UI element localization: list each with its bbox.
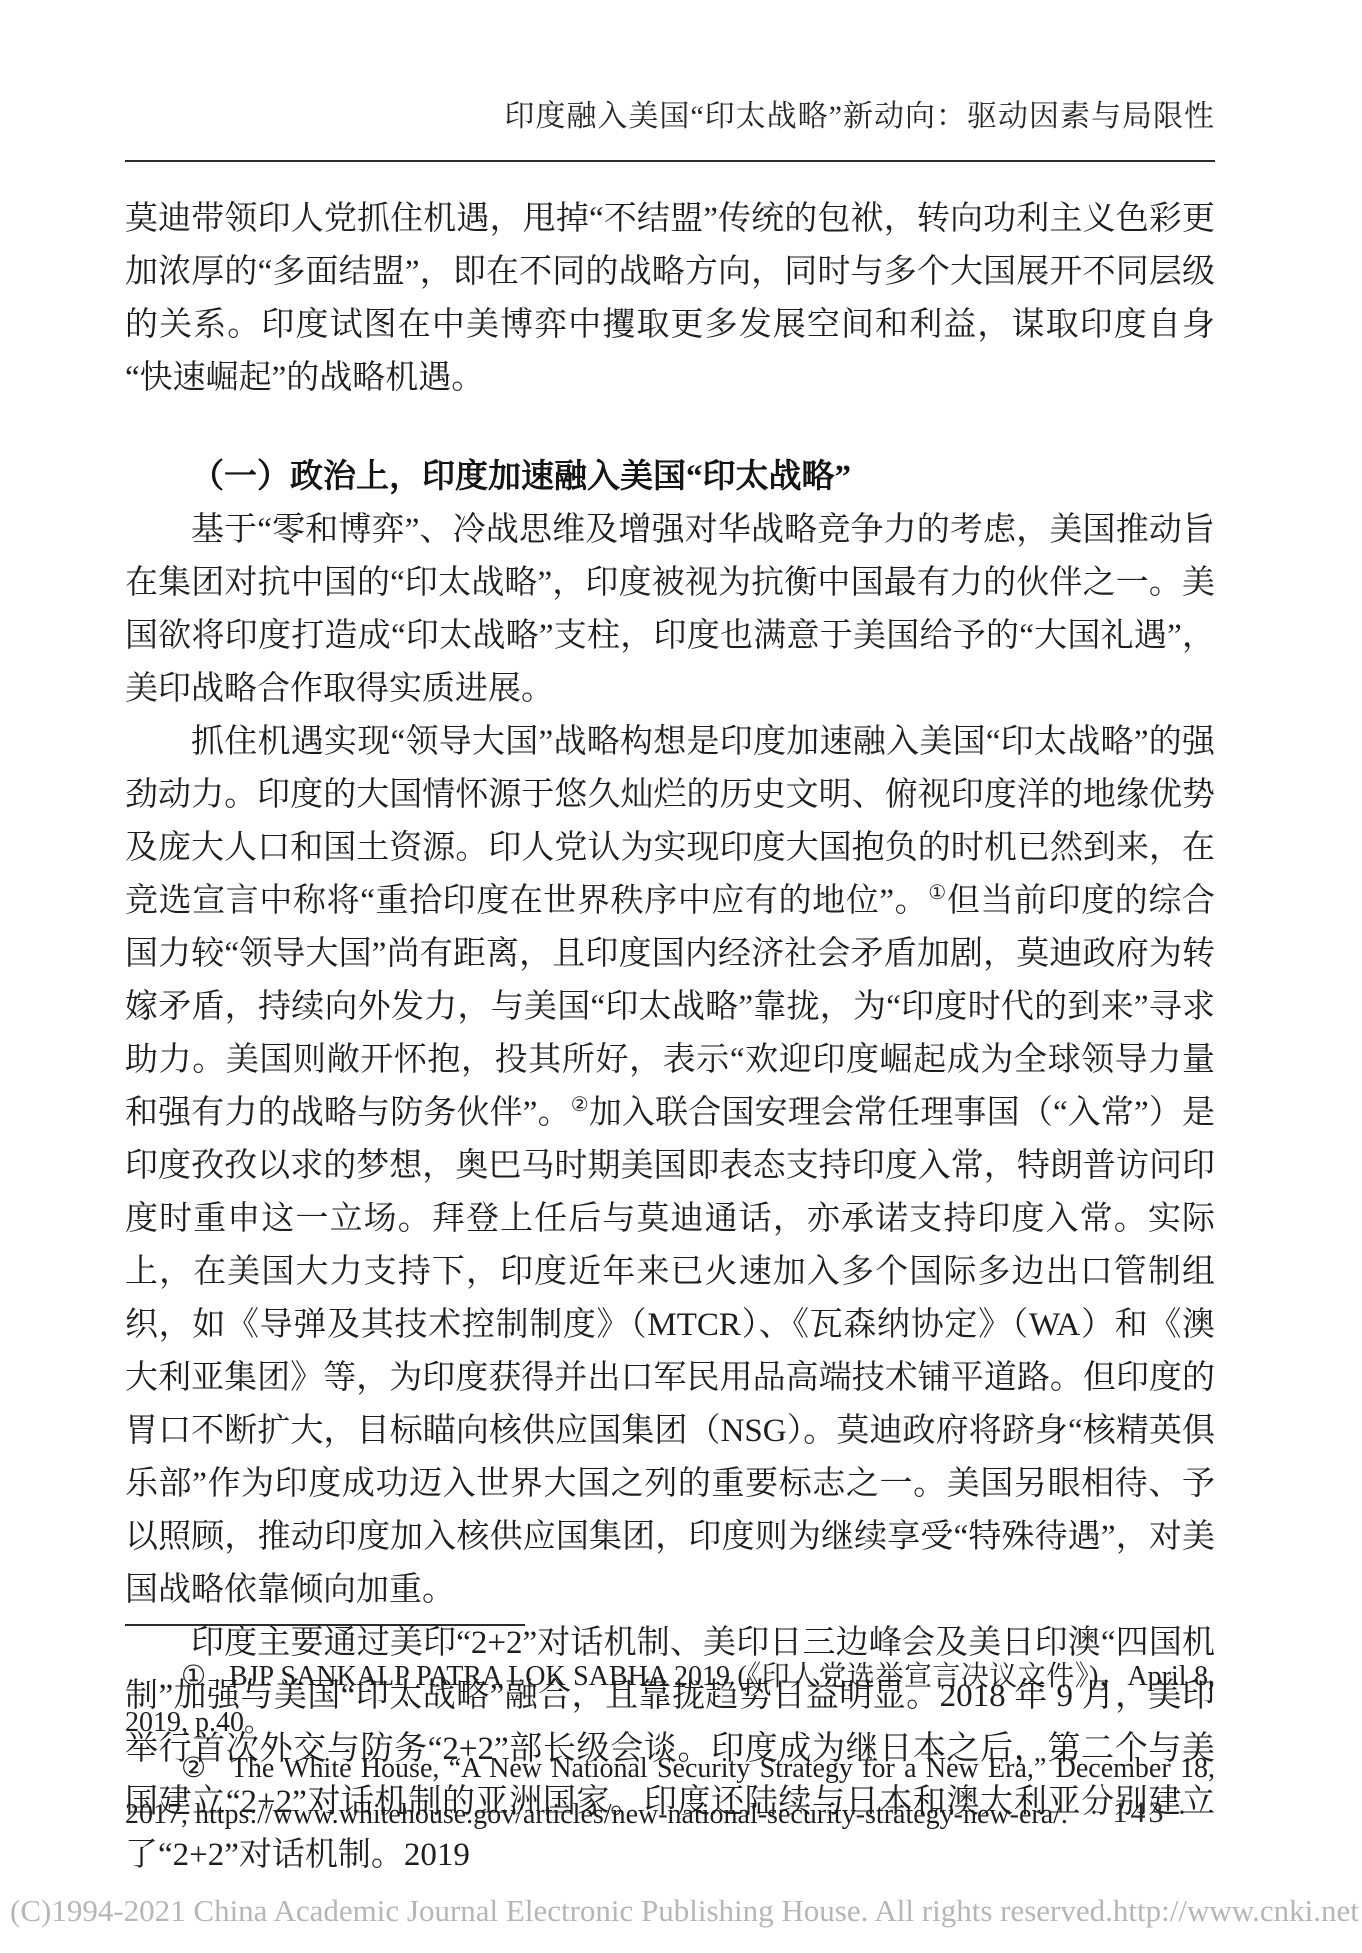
watermark-footer: (C)1994-2021 China Academic Journal Elec… — [10, 1893, 1352, 1929]
footnote-1-marker: ① — [181, 1661, 207, 1692]
footnote-1-text: BJP SANKALP PATRA LOK SABHA 2019 (《印人党选举… — [125, 1661, 1215, 1738]
header-rule — [125, 160, 1215, 162]
page-content: 印度融入美国“印太战略”新动向：驱动因素与局限性 莫迪带领印人党抓住机遇，甩掉“… — [125, 96, 1215, 1882]
page-number: · 143 · — [1089, 1796, 1190, 1830]
paragraph-intro: 莫迪带领印人党抓住机遇，甩掉“不结盟”传统的包袱，转向功利主义色彩更加浓厚的“多… — [125, 193, 1215, 405]
paragraph-2-text-b: 但当前印度的综合国力较“领导大国”尚有距离，且印度国内经济社会矛盾加剧，莫迪政府… — [125, 883, 1215, 1131]
footnote-2-marker: ② — [181, 1753, 208, 1784]
footnote-2-text: The White House, “A New National Securit… — [125, 1753, 1215, 1830]
copyright-text: (C)1994-2021 China Academic Journal Elec… — [10, 1893, 1113, 1929]
running-title: 印度融入美国“印太战略”新动向：驱动因素与局限性 — [125, 96, 1215, 138]
page-header: 印度融入美国“印太战略”新动向：驱动因素与局限性 — [125, 96, 1215, 162]
document-page: 印度融入美国“印太战略”新动向：驱动因素与局限性 莫迪带领印人党抓住机遇，甩掉“… — [0, 0, 1362, 1953]
section-heading: （一）政治上，印度加速融入美国“印太战略” — [125, 451, 1215, 504]
paragraph-2-text-c: 加入联合国安理会常任理事国（“入常”）是印度孜孜以求的梦想，奥巴马时期美国即表态… — [125, 1095, 1215, 1608]
footnote-1: ①BJP SANKALP PATRA LOK SABHA 2019 (《印人党选… — [125, 1654, 1215, 1746]
cnki-url: http://www.cnki.net — [1113, 1893, 1359, 1929]
footnote-separator — [125, 1624, 525, 1626]
footnote-block: ①BJP SANKALP PATRA LOK SABHA 2019 (《印人党选… — [125, 1624, 1215, 1838]
paragraph-2: 抓住机遇实现“领导大国”战略构想是印度加速融入美国“印太战略”的强劲动力。印度的… — [125, 716, 1215, 1617]
footnote-ref-2: ② — [571, 1094, 589, 1116]
footnote-ref-1: ① — [928, 882, 947, 904]
footnote-2: ②The White House, “A New National Securi… — [125, 1746, 1215, 1838]
paragraph-1: 基于“零和博弈”、冷战思维及增强对华战略竞争力的考虑，美国推动旨在集团对抗中国的… — [125, 504, 1215, 716]
footnotes: ①BJP SANKALP PATRA LOK SABHA 2019 (《印人党选… — [125, 1654, 1215, 1838]
